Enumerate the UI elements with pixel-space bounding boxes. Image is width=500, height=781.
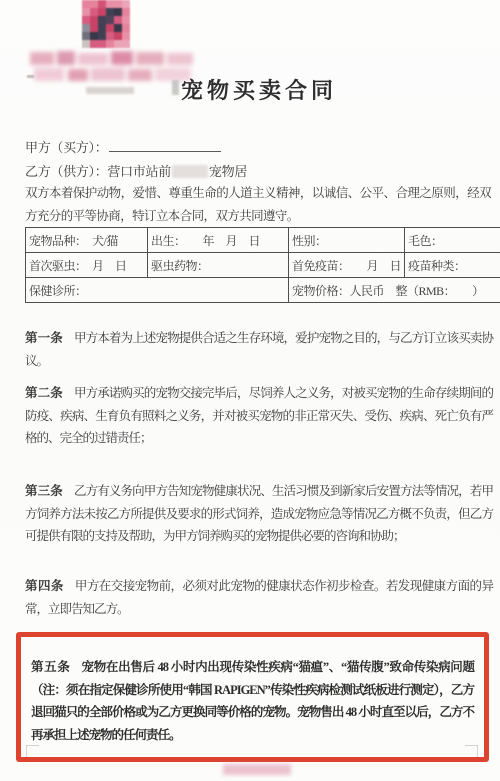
stamp-name-blurred-text — [30, 50, 196, 84]
info-table-row-2: 首次驱虫： 月 日 驱虫药物： 首免疫苗： 月 日 疫苗种类： — [26, 253, 500, 278]
cell-deworm-drug: 驱虫药物： — [148, 253, 289, 278]
clause-3-number: 第三条 — [25, 484, 63, 498]
party-b-line: 乙方（供方）：营口市站前宠物居 — [25, 161, 247, 180]
clause-5-text: 宠物在出售后 48 小时内出现传染性疾病“猫瘟”、“猫传腹”致命传染病问题（注：… — [31, 660, 474, 742]
info-table-row-1: 宠物品种： 犬/猫 出生： 年 月 日 性别： 毛色： — [26, 228, 500, 253]
next-table-corner-right — [465, 745, 478, 757]
clause-4-number: 第四条 — [25, 579, 64, 593]
cell-sex: 性别： — [289, 228, 405, 253]
next-table-corner-left — [26, 745, 39, 757]
contract-page: 宠物买卖合同 甲方（买方）： 乙方（供方）：营口市站前宠物居 双方本着保护动物，… — [0, 0, 500, 781]
clause-5: 第五条宠物在出售后 48 小时内出现传染性疾病“猫瘟”、“猫传腹”致命传染病问题… — [31, 656, 474, 746]
cell-first-deworm: 首次驱虫： 月 日 — [26, 253, 148, 278]
clause-3-text: 乙方有义务向甲方告知宠物健康状况、生活习惯及到新家后安置方法等情况，若甲方饲养方… — [25, 484, 493, 543]
stamp-caption-blurred-text — [86, 87, 134, 94]
clause-4: 第四条甲方在交接宠物前，必须对此宠物的健康状态作初步检查。若发现健康方面的异常，… — [25, 575, 493, 620]
clause-2-text: 甲方承诺购买的宠物交接完毕后，尽饲养人之义务，对被买宠物的生命存续期间的防疫、疾… — [25, 386, 493, 445]
party-b-value-prefix: 营口市站前 — [107, 164, 171, 179]
party-b-redacted-blur — [172, 165, 208, 178]
party-a-label: 甲方（买方）： — [25, 140, 107, 155]
cell-pet-price: 宠物价格：人民币 整（RMB： ） — [289, 278, 500, 303]
party-a-blank-underline — [109, 139, 221, 152]
pet-info-table: 宠物品种： 犬/猫 出生： 年 月 日 性别： 毛色： 首次驱虫： 月 日 驱虫… — [25, 227, 500, 303]
party-b-value-suffix: 宠物居 — [209, 164, 247, 179]
clause-4-text: 甲方在交接宠物前，必须对此宠物的健康状态作初步检查。若发现健康方面的异常，立即告… — [25, 579, 493, 616]
party-b-label: 乙方（供方）： — [25, 164, 107, 179]
clause-2: 第二条甲方承诺购买的宠物交接完毕后，尽饲养人之义务，对被买宠物的生命存续期间的防… — [25, 382, 493, 450]
cell-birth-date: 出生： 年 月 日 — [148, 228, 289, 253]
info-table-row-3: 保健诊所： 宠物价格：人民币 整（RMB： ） — [26, 278, 500, 303]
clause-5-number: 第五条 — [31, 660, 71, 674]
stamp-mosaic — [66, 0, 146, 48]
clause-2-number: 第二条 — [25, 386, 63, 400]
clause-1: 第一条甲方本着为上述宠物提供合适之生存环境，爱护宠物之目的，与乙方订立该买卖协议… — [25, 327, 493, 372]
cell-first-vaccine: 首免疫苗： 月 日 — [289, 253, 405, 278]
clause-3: 第三条乙方有义务向甲方告知宠物健康状况、生活习惯及到新家后安置方法等情况，若甲方… — [25, 480, 493, 548]
cell-health-clinic: 保健诊所： — [26, 278, 289, 303]
stamp-logo-blurred-image — [66, 0, 146, 48]
clause-5-highlight-box: 第五条宠物在出售后 48 小时内出现传染性疾病“猫瘟”、“猫传腹”致命传染病问题… — [16, 632, 489, 762]
contract-preamble: 双方本着保护动物，爱惜、尊重生命的人道主义精神，以诚信、公平、合理之原则，经双方… — [25, 182, 491, 227]
cell-vaccine-type: 疫苗种类： — [405, 253, 500, 278]
scan-artifact-dash — [27, 75, 34, 78]
cell-coat-color: 毛色： — [405, 228, 500, 253]
document-title: 宠物买卖合同 — [181, 74, 361, 105]
cell-pet-breed: 宠物品种： 犬/猫 — [26, 228, 148, 253]
bottom-watermark-blurred-text — [223, 764, 291, 775]
party-a-line: 甲方（买方）： — [25, 137, 221, 156]
clause-1-number: 第一条 — [25, 331, 63, 345]
clause-1-text: 甲方本着为上述宠物提供合适之生存环境，爱护宠物之目的，与乙方订立该买卖协议。 — [25, 331, 493, 368]
scan-artifact-smudge — [172, 80, 179, 95]
